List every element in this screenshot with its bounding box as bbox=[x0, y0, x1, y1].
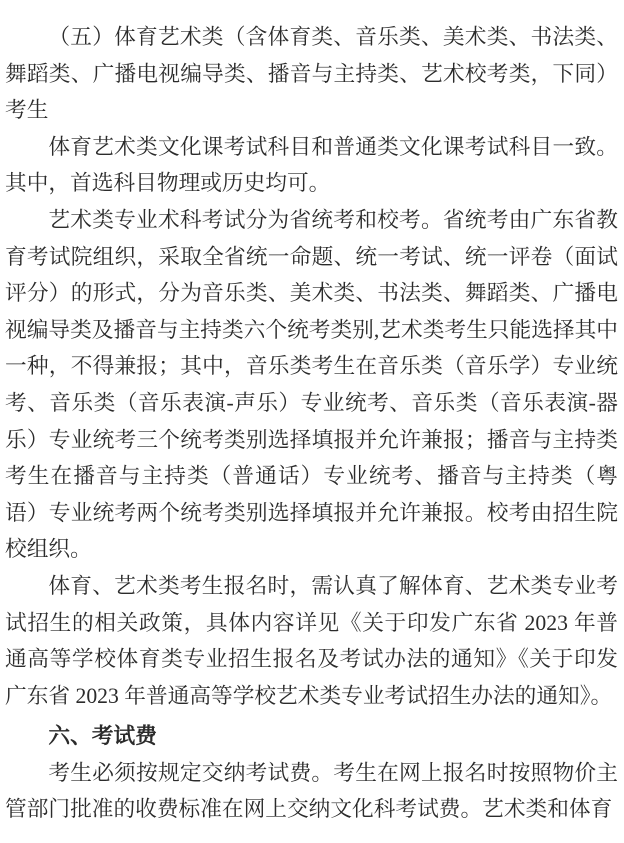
paragraph-sports-arts-category: （五）体育艺术类（含体育类、音乐类、美术类、书法类、舞蹈类、广播电视编导类、播音… bbox=[5, 19, 618, 129]
document-page: （五）体育艺术类（含体育类、音乐类、美术类、书法类、舞蹈类、广播电视编导类、播音… bbox=[0, 0, 624, 843]
paragraph-registration-policy-references: 体育、艺术类考生报名时，需认真了解体育、艺术类专业考试招生的相关政策，具体内容详… bbox=[5, 568, 618, 714]
paragraph-arts-exam-structure: 艺术类专业术科考试分为省统考和校考。省统考由广东省教育考试院组织，采取全省统一命… bbox=[5, 202, 618, 568]
section-heading-exam-fee: 六、考试费 bbox=[5, 718, 618, 755]
paragraph-culture-exam-subjects: 体育艺术类文化课考试科目和普通类文化课考试科目一致。其中，首选科目物理或历史均可… bbox=[5, 129, 618, 202]
paragraph-exam-fee-payment: 考生必须按规定交纳考试费。考生在网上报名时按照物价主管部门批准的收费标准在网上交… bbox=[5, 755, 618, 828]
